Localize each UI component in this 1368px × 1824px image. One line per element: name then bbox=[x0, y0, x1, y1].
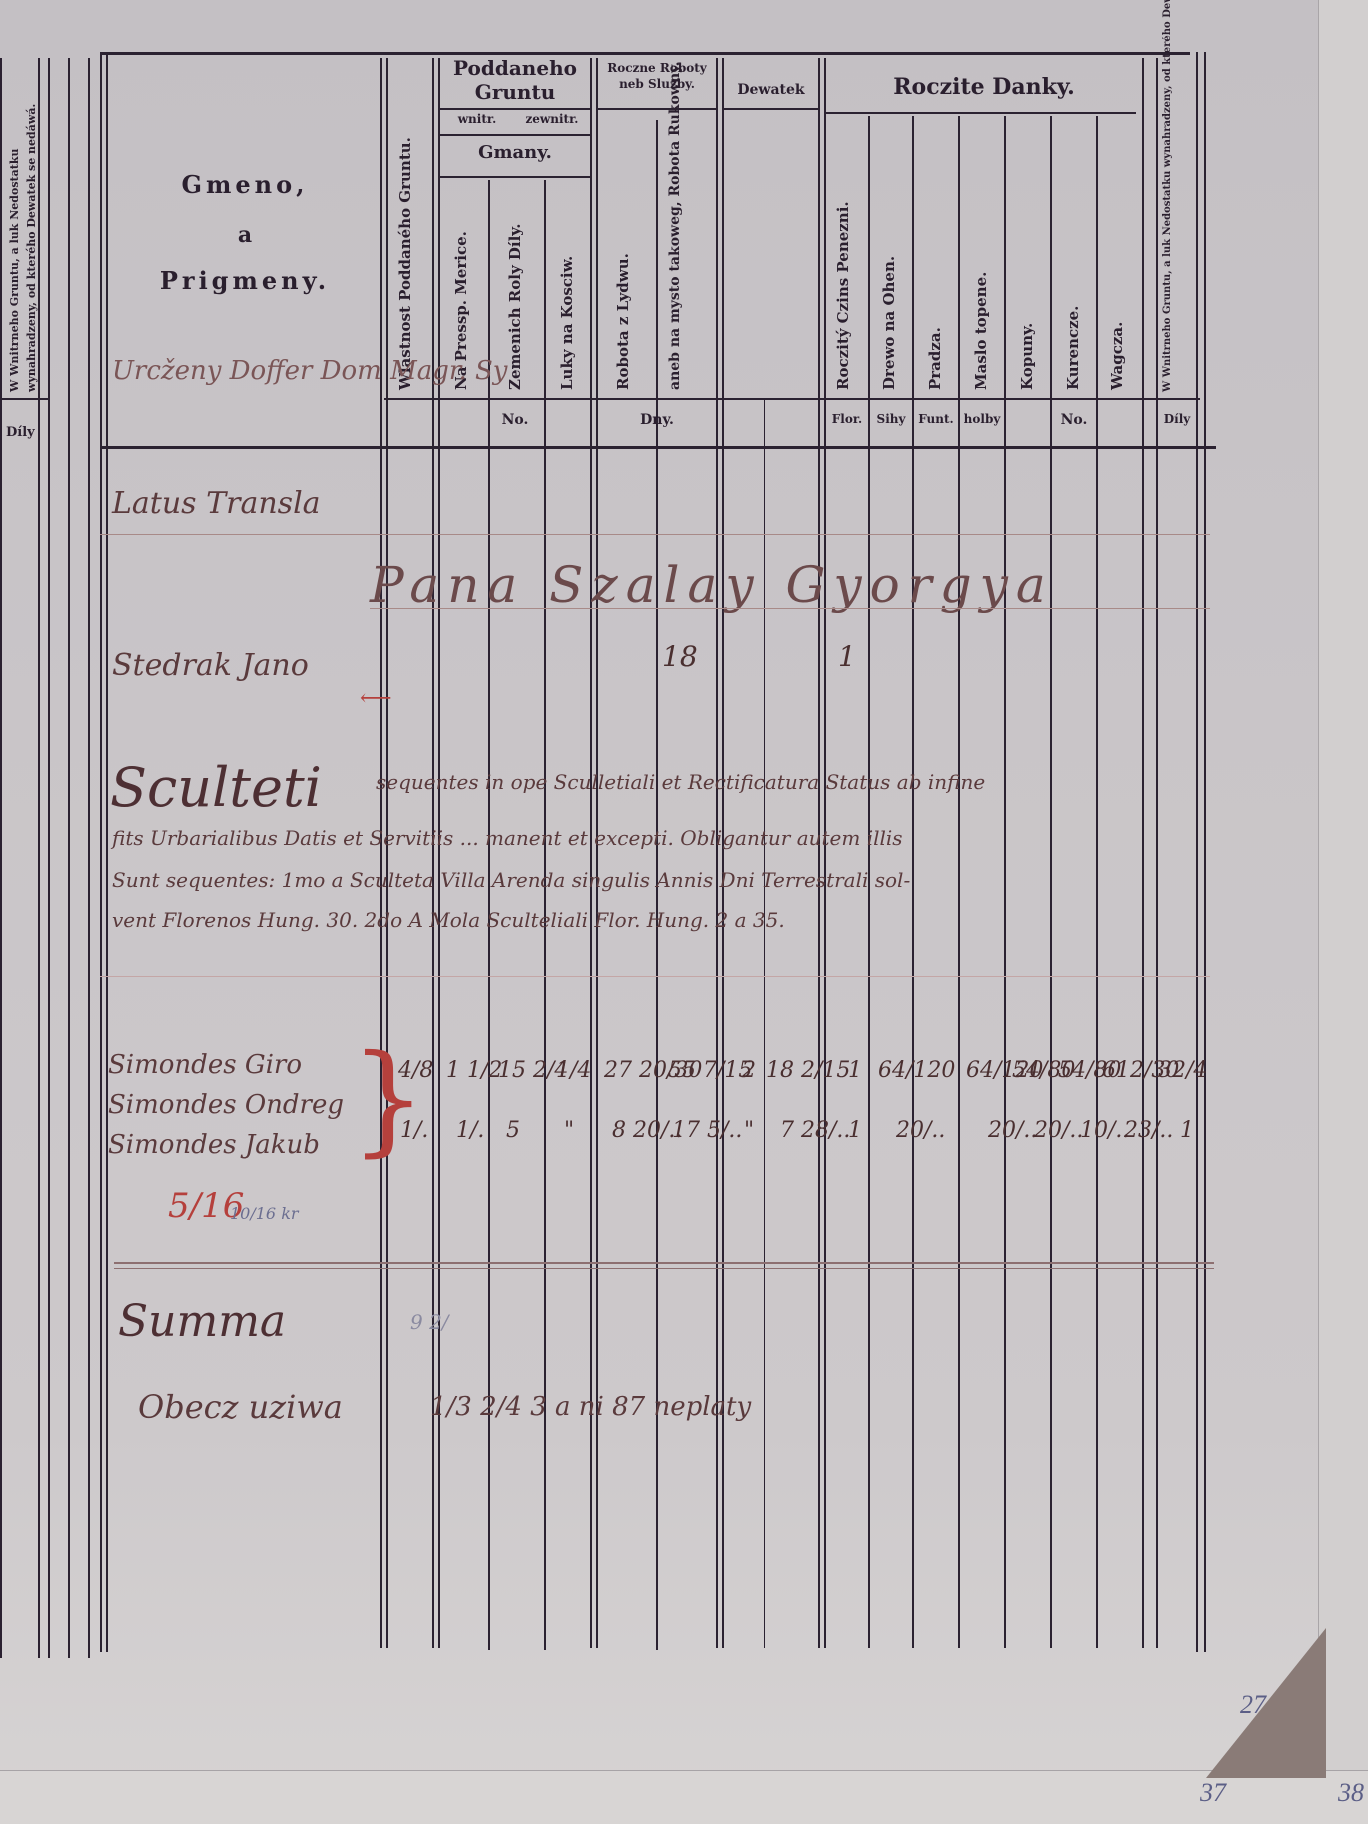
header-rule bbox=[440, 176, 590, 178]
strip-rule bbox=[0, 398, 50, 400]
column-rule bbox=[386, 58, 388, 1648]
row1-wlastnost: 4/8 bbox=[398, 1058, 433, 1083]
column-rule bbox=[818, 58, 820, 1648]
name-header-line3: Prigmeny. bbox=[120, 266, 370, 295]
unit-dny: Dny. bbox=[598, 412, 716, 428]
subheader-gmany: Gmany. bbox=[440, 142, 590, 163]
adjacent-page-edge bbox=[1318, 0, 1368, 1824]
previous-page-unit: Díly bbox=[6, 425, 35, 440]
column-rule bbox=[1142, 58, 1144, 1648]
page-bottom-edge bbox=[0, 1770, 1368, 1824]
sculteti-text-2: fits Urbarialibus Datis et Servitiis ...… bbox=[112, 826, 903, 850]
header-rule bbox=[598, 108, 716, 110]
section-owner: Pana Szalay Gyorgya bbox=[370, 556, 1054, 614]
row3-wlastnost: 1/. bbox=[400, 1118, 428, 1143]
pencil-note: 10/16 kr bbox=[230, 1204, 299, 1223]
unit-funt: Funt. bbox=[914, 412, 958, 426]
ruled-line bbox=[100, 976, 1210, 977]
col-dily: W Wnitrneho Gruntu, a luk Nedostatku wyn… bbox=[1160, 62, 1194, 392]
header-rule bbox=[440, 134, 590, 136]
ruled-line bbox=[100, 534, 1210, 535]
subheader-wnitr: wnitr. bbox=[440, 112, 514, 126]
obec-values: 1/3 2/4 3 a ni 87 neplaty bbox=[430, 1392, 751, 1422]
row1-luky: 1/4 bbox=[556, 1058, 591, 1083]
unit-no-2: No. bbox=[1006, 412, 1142, 428]
column-rule bbox=[912, 116, 914, 1648]
header-rule bbox=[440, 108, 590, 110]
table-right-border bbox=[1196, 52, 1198, 1652]
unit-no: No. bbox=[440, 412, 590, 428]
row3-zem: 5 bbox=[506, 1118, 520, 1143]
group-header-dewatek: Dewatek bbox=[724, 82, 818, 98]
column-rule bbox=[1096, 116, 1098, 1648]
table-right-border bbox=[1204, 52, 1206, 1652]
summa-label: Summa bbox=[118, 1296, 286, 1347]
column-rule bbox=[380, 58, 382, 1648]
group-header-roboty: Roczne Roboty neb Sluzby. bbox=[598, 60, 716, 92]
header-units-rule bbox=[384, 398, 1200, 400]
summa-value: 9 2/ bbox=[410, 1310, 449, 1334]
unit-dily: Díly bbox=[1158, 412, 1196, 426]
name-header-line2: a bbox=[120, 222, 370, 248]
col-maslo: Maslo topene. bbox=[972, 120, 990, 390]
sculteti-title: Sculteti bbox=[110, 756, 322, 819]
row1-dily: 32/4 bbox=[1158, 1058, 1207, 1083]
subheader-zewnitr: zewnitr. bbox=[514, 112, 590, 126]
name-header-line1: Gmeno, bbox=[120, 170, 370, 199]
row1-robota2: 55 7/15 bbox=[668, 1058, 752, 1083]
row1-cens: 1 bbox=[848, 1058, 862, 1083]
row3-wagcza: 23/.. bbox=[1124, 1118, 1173, 1143]
folded-corner bbox=[1206, 1628, 1326, 1778]
red-arrow-mark: ⟵ bbox=[360, 686, 392, 711]
table-top-border bbox=[100, 52, 1190, 55]
column-rule bbox=[824, 58, 826, 1648]
row3-dewatek-2: 7 28/.. bbox=[780, 1118, 850, 1143]
sculteti-text-4: vent Florenos Hung. 30. 2do A Mola Scult… bbox=[112, 908, 785, 932]
strip-rule bbox=[0, 58, 2, 1658]
row3-dily: 1 bbox=[1180, 1118, 1194, 1143]
page-number-bottom-right: 38 bbox=[1338, 1778, 1364, 1808]
row1-drewo: 64/120 bbox=[878, 1058, 955, 1083]
previous-page-header: W Wnitrneho Gruntu, a luk Nedostatku wyn… bbox=[6, 62, 44, 392]
group-header-roczite-danky: Roczite Danky. bbox=[826, 74, 1142, 100]
col-robota-rukou: aneb na mysto takoweg, Robota Rukowny. bbox=[666, 116, 710, 390]
obec-label: Obecz uziwa bbox=[138, 1388, 343, 1426]
col-wagcza: Wagcza. bbox=[1108, 120, 1126, 390]
simondes-row-3-name: Simondes Jakub bbox=[108, 1130, 320, 1160]
simondes-row-2-name: Simondes Ondreg bbox=[108, 1090, 344, 1120]
header-bottom-rule bbox=[100, 446, 1216, 449]
strip-rule bbox=[68, 58, 70, 1658]
col-pradza: Pradza. bbox=[926, 120, 944, 390]
entry-name: Stedrak Jano bbox=[112, 648, 309, 683]
summa-rule bbox=[114, 1268, 1214, 1269]
simondes-row-1-name: Simondes Giro bbox=[108, 1050, 302, 1080]
col-zemenich: Zemenich Roly Díly. bbox=[506, 184, 524, 390]
col-kopuny: Kopuny. bbox=[1018, 120, 1036, 390]
column-rule bbox=[1004, 116, 1006, 1648]
unit-sihy: Sihy bbox=[870, 412, 912, 426]
latus-transla: Latus Transla bbox=[112, 486, 321, 521]
header-rule bbox=[826, 112, 1136, 114]
entry-cens: 1 bbox=[838, 640, 856, 673]
row3-luky: " bbox=[564, 1118, 574, 1143]
row3-kopuny: 20/.. bbox=[1034, 1118, 1083, 1143]
ruled-line bbox=[370, 608, 1210, 609]
sculteti-text-3: Sunt sequentes: 1mo a Sculteta Villa Are… bbox=[112, 868, 910, 892]
column-rule bbox=[1050, 116, 1052, 1648]
table-left-border bbox=[106, 52, 108, 1652]
column-rule bbox=[1156, 58, 1158, 1648]
page-number-bottom-left: 37 bbox=[1200, 1778, 1226, 1808]
row3-robota2: 17 5/.. bbox=[672, 1118, 742, 1143]
unit-flor: Flor. bbox=[826, 412, 868, 426]
table-left-border bbox=[100, 52, 102, 1652]
col-kurence: Kurencze. bbox=[1064, 120, 1082, 390]
row3-drewo: 20/.. bbox=[896, 1118, 945, 1143]
sculteti-text-1: sequentes in ope Sculletiali et Rectific… bbox=[376, 770, 985, 794]
col-cens: Roczitý Czins Penezni. bbox=[834, 120, 852, 390]
row3-maslo: 20/.. bbox=[988, 1118, 1037, 1143]
group-header-poddaneho: Poddaneho Gruntu bbox=[440, 56, 590, 104]
page-number-corner: 27 bbox=[1240, 1690, 1266, 1720]
column-rule bbox=[958, 116, 960, 1648]
row1-dewatek-2: 18 2/15 bbox=[766, 1058, 850, 1083]
row1-dewatek: 2 bbox=[742, 1058, 756, 1083]
row3-kurence: 10/.. bbox=[1080, 1118, 1129, 1143]
row1-pressp: 1 1/2 bbox=[446, 1058, 502, 1083]
col-robota-dobytkem: Robota z Lydwu. bbox=[614, 116, 632, 390]
entry-robota: 18 bbox=[662, 640, 698, 673]
col-luky: Luky na Kosciw. bbox=[558, 184, 576, 390]
col-drewo: Drewo na Ohen. bbox=[880, 120, 898, 390]
row3-cens: 1 bbox=[848, 1118, 862, 1143]
strip-rule bbox=[88, 58, 90, 1658]
row3-pressp: 1/. bbox=[456, 1118, 484, 1143]
header-rule bbox=[724, 108, 818, 110]
summa-rule bbox=[114, 1262, 1214, 1264]
col-wlastnost: Wlastnost Poddaného Gruntu. bbox=[396, 70, 414, 390]
row3-dewatek: " bbox=[744, 1118, 754, 1143]
heading-note: Urcženy Doffer Dom Magr. Sy bbox=[112, 356, 507, 386]
unit-holby: holby bbox=[960, 412, 1004, 426]
